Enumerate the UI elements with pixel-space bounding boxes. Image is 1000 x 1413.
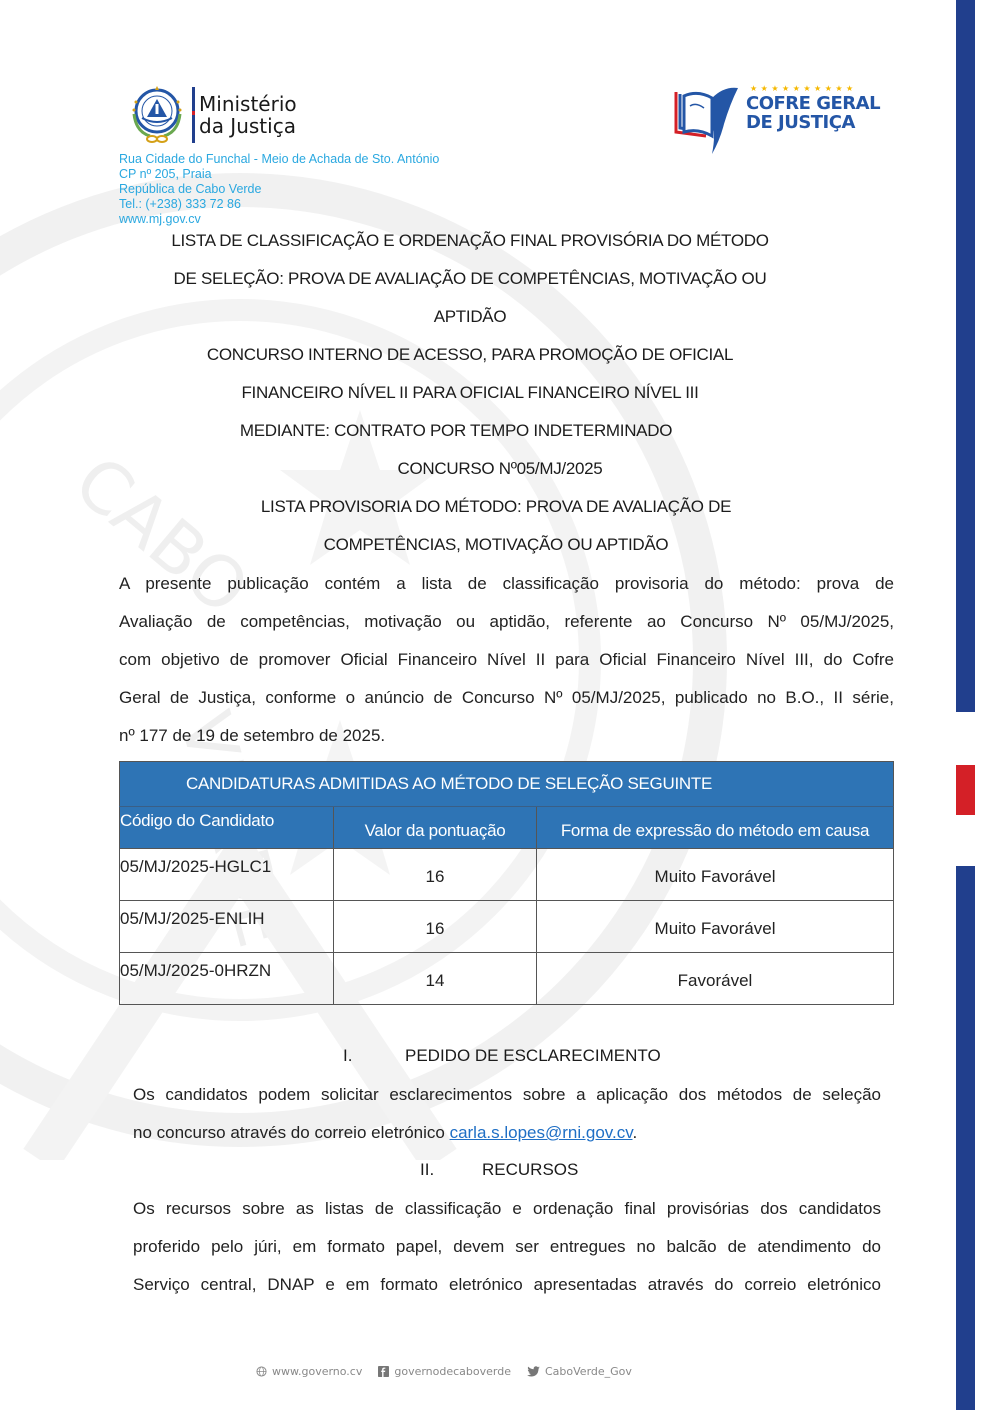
ministry-name: Ministério da Justiça xyxy=(199,93,297,137)
facebook-icon xyxy=(378,1366,389,1377)
address-phone: Tel.: (+238) 333 72 86 xyxy=(119,197,439,212)
section-heading-clarification: I.PEDIDO DE ESCLARECIMENTO xyxy=(343,1046,661,1066)
address-website[interactable]: www.mj.gov.cv xyxy=(119,212,439,227)
logo-divider xyxy=(192,87,195,143)
contest-title-line-2: FINANCEIRO NÍVEL II PARA OFICIAL FINANCE… xyxy=(0,383,940,403)
globe-icon xyxy=(256,1366,267,1377)
column-header-code: Código do Candidato xyxy=(120,807,334,849)
ministry-address: Rua Cidade do Funchal - Meio de Achada d… xyxy=(119,152,439,227)
table-row: 05/MJ/2025-HGLC1 16 Muito Favorável xyxy=(120,849,894,901)
document-title-line-3: APTIDÃO xyxy=(0,307,940,327)
intro-paragraph: A presente publicação contém a lista de … xyxy=(119,565,894,755)
footer-facebook[interactable]: governodecaboverde xyxy=(394,1365,511,1378)
open-book-quill-icon xyxy=(672,84,744,156)
page-footer: www.governo.cv governodecaboverde CaboVe… xyxy=(256,1365,632,1378)
column-header-form: Forma de expressão do método em causa xyxy=(537,807,894,849)
section-number: II. xyxy=(420,1160,482,1180)
contest-number: CONCURSO Nº05/MJ/2025 xyxy=(30,459,970,479)
address-postal: CP nº 205, Praia xyxy=(119,167,439,182)
appeals-paragraph: Os recursos sobre as listas de classific… xyxy=(133,1190,881,1304)
footer-website[interactable]: www.governo.cv xyxy=(272,1365,362,1378)
candidate-code: 05/MJ/2025-0HRZN xyxy=(120,953,334,1005)
cabo-verde-seal-icon xyxy=(126,84,188,146)
cofre-geral-wordmark: ★★★★★★★★★★ COFRE GERAL DE JUSTIÇA xyxy=(746,84,880,132)
list-title-line-1: LISTA PROVISORIA DO MÉTODO: PROVA DE AVA… xyxy=(26,497,966,517)
candidate-code: 05/MJ/2025-ENLIH xyxy=(120,901,334,953)
candidate-score: 14 xyxy=(334,953,537,1005)
contest-title-line-1: CONCURSO INTERNO DE ACESSO, PARA PROMOÇÃ… xyxy=(0,345,940,365)
address-street: Rua Cidade do Funchal - Meio de Achada d… xyxy=(119,152,439,167)
decorative-stripe-blue-top xyxy=(956,0,975,712)
section-number: I. xyxy=(343,1046,405,1066)
footer-twitter[interactable]: CaboVerde_Gov xyxy=(545,1365,632,1378)
section-title: RECURSOS xyxy=(482,1160,578,1179)
table-header-row: Código do Candidato Valor da pontuação F… xyxy=(120,807,894,849)
candidate-code: 05/MJ/2025-HGLC1 xyxy=(120,849,334,901)
candidates-table: CANDIDATURAS ADMITIDAS AO MÉTODO DE SELE… xyxy=(119,761,894,1005)
table-row: 05/MJ/2025-ENLIH 16 Muito Favorável xyxy=(120,901,894,953)
contract-type: MEDIANTE: CONTRATO POR TEMPO INDETERMINA… xyxy=(0,421,926,441)
decorative-stripe-red xyxy=(956,765,975,815)
cofre-geral-logo: ★★★★★★★★★★ COFRE GERAL DE JUSTIÇA xyxy=(672,84,880,156)
document-title-line-2: DE SELEÇÃO: PROVA DE AVALIAÇÃO DE COMPET… xyxy=(0,269,940,289)
section-heading-appeals: II.RECURSOS xyxy=(420,1160,578,1180)
candidate-evaluation: Muito Favorável xyxy=(537,901,894,953)
decorative-stripe-blue-bottom xyxy=(956,866,975,1410)
candidate-score: 16 xyxy=(334,901,537,953)
table-caption: CANDIDATURAS ADMITIDAS AO MÉTODO DE SELE… xyxy=(120,762,894,807)
twitter-icon xyxy=(527,1366,540,1377)
document-title-line-1: LISTA DE CLASSIFICAÇÃO E ORDENAÇÃO FINAL… xyxy=(0,231,940,251)
table-caption-row: CANDIDATURAS ADMITIDAS AO MÉTODO DE SELE… xyxy=(120,762,894,807)
clarification-email-link[interactable]: carla.s.lopes@rni.gov.cv xyxy=(450,1123,633,1142)
candidate-score: 16 xyxy=(334,849,537,901)
column-header-score: Valor da pontuação xyxy=(334,807,537,849)
list-title-line-2: COMPETÊNCIAS, MOTIVAÇÃO OU APTIDÃO xyxy=(26,535,966,555)
section-title: PEDIDO DE ESCLARECIMENTO xyxy=(405,1046,661,1065)
candidate-evaluation: Muito Favorável xyxy=(537,849,894,901)
ministry-logo: Ministério da Justiça xyxy=(126,84,297,146)
address-country: República de Cabo Verde xyxy=(119,182,439,197)
clarification-paragraph: Os candidatos podem solicitar esclarecim… xyxy=(133,1076,881,1152)
candidate-evaluation: Favorável xyxy=(537,953,894,1005)
table-row: 05/MJ/2025-0HRZN 14 Favorável xyxy=(120,953,894,1005)
